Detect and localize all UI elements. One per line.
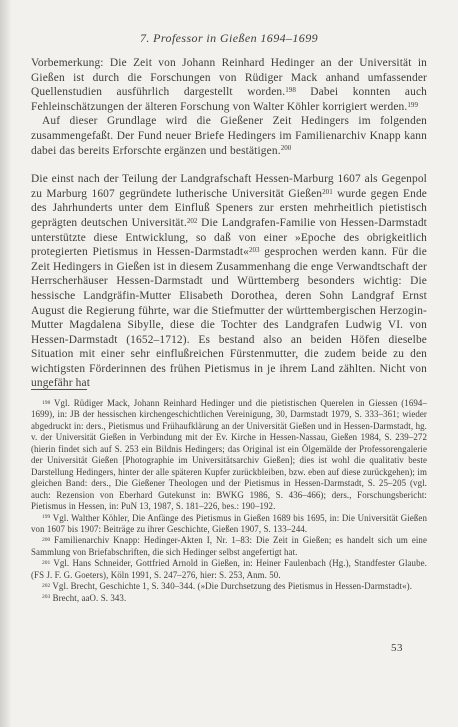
footnote-number: 200	[42, 537, 50, 543]
footnote-item: 203 Brecht, aaO. S. 343.	[31, 593, 427, 604]
footnote-ref: 199	[407, 101, 418, 109]
footnote-block: 198 Vgl. Rüdiger Mack, Johann Reinhard H…	[31, 389, 427, 604]
footnote-number: 201	[42, 560, 50, 566]
footnote-number: 202	[42, 583, 50, 589]
footnote-ref: 200	[281, 144, 292, 152]
footnote-item: 200 Familienarchiv Knapp: Hedinger-Akten…	[31, 535, 427, 558]
footnote-ref: 202	[187, 217, 198, 225]
footnote-item: 201 Vgl. Hans Schneider, Gottfried Arnol…	[31, 558, 427, 581]
footnote-item: 202 Vgl. Brecht, Geschichte 1, S. 340–34…	[31, 581, 427, 592]
footnotes: 198 Vgl. Rüdiger Mack, Johann Reinhard H…	[31, 398, 427, 604]
footnote-item: 198 Vgl. Rüdiger Mack, Johann Reinhard H…	[31, 398, 427, 513]
footnote-item: 199 Vgl. Walther Köhler, Die Anfänge des…	[31, 513, 427, 536]
footnote-ref: 203	[249, 246, 260, 254]
body-text: Vorbemerkung: Die Zeit von Johann Reinha…	[31, 56, 427, 391]
footnote-ref: 198	[285, 86, 296, 94]
page-number: 53	[391, 642, 403, 654]
paragraph: Die einst nach der Teilung der Landgrafs…	[31, 172, 427, 391]
paragraph: Vorbemerkung: Die Zeit von Johann Reinha…	[31, 56, 427, 114]
footnote-ref: 201	[322, 188, 333, 196]
paragraph: Auf dieser Grundlage wird die Gießener Z…	[31, 114, 427, 158]
chapter-header: 7. Professor in Gießen 1694–1699	[31, 31, 427, 46]
book-page: 7. Professor in Gießen 1694–1699 Vorbeme…	[0, 0, 458, 727]
footnote-number: 203	[42, 594, 50, 600]
footnote-number: 199	[42, 514, 50, 520]
footnote-number: 198	[42, 400, 50, 406]
footnote-separator	[31, 389, 87, 390]
